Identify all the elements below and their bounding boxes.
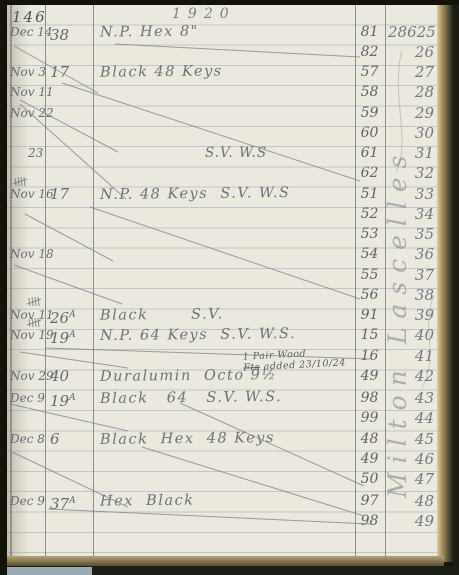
serial-number: 52 [356,204,383,224]
entry-date: Nov 29 [10,366,50,386]
entry-date: Dec 8 [10,429,50,449]
description-note: S.V. W.S [205,143,267,163]
serial-number: 16 [356,346,383,366]
serial-number: 53 [356,224,383,244]
table-row: 82 26 [0,42,459,62]
entry-date: Nov 11 [10,305,50,325]
serial-number: 61 [356,143,383,163]
book-edge-right [437,4,453,562]
ledger-photo: 146 1920 Dec 14 38 N.P. Hex 8" 81 28625 … [0,0,459,575]
photo-border-left [0,0,7,575]
serial-number: 62 [356,163,383,183]
serial-number: 98 [356,511,383,531]
description: N.P. 64 Keys S.V. W.S. [100,324,296,346]
description: Hex Black [100,491,195,512]
serial-number: 50 [356,469,383,489]
serial-number: 60 [356,123,383,143]
serial-number: 55 [356,265,383,285]
ledger-number: 26 [388,42,434,62]
serial-number: 54 [356,244,383,264]
model-value: 40 [50,367,69,385]
serial-number: 56 [356,285,383,305]
serial-number: 91 [356,305,383,325]
model-suffix: A [69,393,76,403]
entry-date: Nov 16 [10,184,50,204]
model-number: 19A [50,325,92,348]
vertical-inscription: Milton Lascelles [383,92,441,552]
model-suffix: A [69,330,76,340]
entry-date: Dec 9 [10,388,50,408]
photo-border-right [453,0,459,575]
entry-date: Nov 22 [10,103,50,123]
table-row: Nov 3 17 Black 48 Keys 57 27 [0,62,459,82]
entry-date: 23 [28,143,68,163]
year-heading: 1920 [172,6,236,22]
entry-date: Dec 9 [10,491,50,511]
entry-date: Nov 3 [10,62,50,82]
serial-number: 59 [356,103,383,123]
serial-number: 15 [356,325,383,345]
model-value: 17 [50,63,69,81]
serial-number: 97 [356,491,383,511]
model-number: 40 [50,366,92,386]
serial-number: 49 [356,449,383,469]
serial-number: 81 [356,22,383,42]
description: Black 48 Keys [100,61,223,82]
description: Black Hex 48 Keys [100,428,275,450]
serial-number: 49 [356,366,383,386]
serial-number: 57 [356,62,383,82]
table-surface-corner [0,567,92,575]
model-number: 17 [50,62,92,82]
ledger-number: 27 [388,62,434,82]
model-number: 17 [50,184,92,204]
table-row: Dec 14 38 N.P. Hex 8" 81 28625 [0,22,459,42]
entry-date: Dec 14 [10,22,50,42]
description: N.P. 48 Keys S.V. W.S [100,183,291,205]
entry-date: Nov 11 [10,82,50,102]
model-suffix: A [69,496,76,506]
photo-border-top [0,0,459,5]
description: Black S.V. [100,304,224,325]
model-value: 17 [50,185,69,203]
ledger-number: 28625 [388,22,434,42]
description: N.P. Hex 8" [100,21,199,42]
entry-date: Nov 19 [10,325,50,345]
serial-number: 58 [356,82,383,102]
model-suffix: A [69,310,76,320]
model-value: 6 [50,430,60,448]
model-value: 19 [50,329,69,347]
serial-number: 48 [356,429,383,449]
serial-number: 51 [356,184,383,204]
annotation-struck-word: Fts [243,362,260,374]
entry-date: Nov 18 [10,244,50,264]
serial-number: 99 [356,408,383,428]
model-number: 6 [50,429,92,449]
description: Black 64 S.V. W.S. [100,387,282,409]
serial-number: 82 [356,42,383,62]
serial-number: 98 [356,388,383,408]
